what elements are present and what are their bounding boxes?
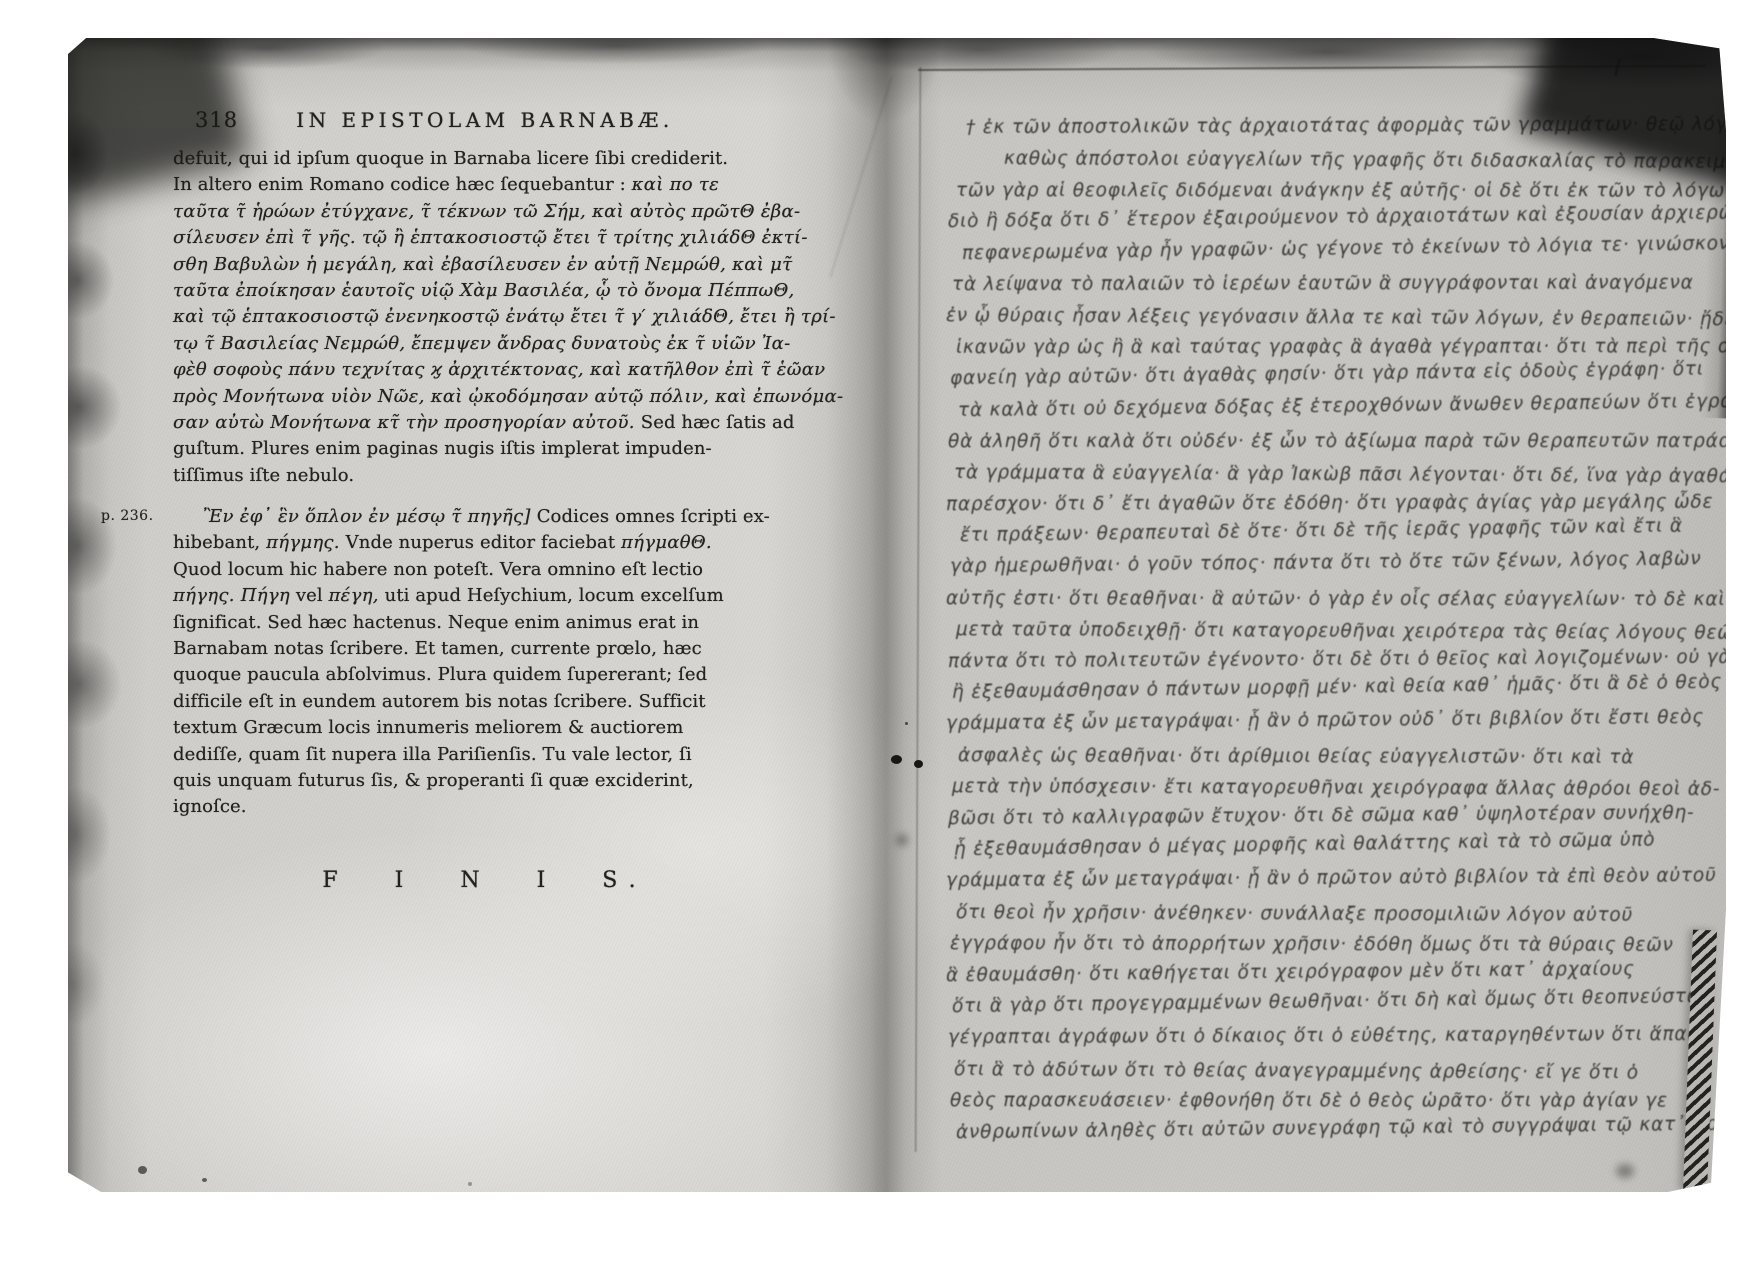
print-text-line: dediſſe, quam ſit nupera illa Pariſienſi…	[173, 742, 797, 768]
latin-text-segment: Codices omnes ſcripti ex-	[537, 506, 770, 527]
sewing-dot	[891, 755, 902, 764]
latin-text-segment: textum Græcum locis innumeris meliorem &…	[173, 717, 683, 738]
print-text-line: Barnabam notas ſcribere. Et tamen, curre…	[173, 636, 797, 662]
ink-speck	[202, 1178, 207, 1182]
latin-text-segment: vel	[290, 585, 329, 606]
latin-text-segment: uti apud Heſychium, locum excelſum	[379, 585, 724, 606]
latin-text-segment: difficile eſt in eundem autorem bis nota…	[173, 691, 706, 712]
greek-text-segment: πήγμαθΘ.	[621, 532, 712, 553]
latin-text-segment: Sed hæc ſatis ad	[641, 412, 795, 433]
manuscript-line: ὅτι θεοὶ ἦν χρῆσιν· ἀνέθηκεν· συνάλλαξε …	[956, 897, 1670, 931]
greek-text-segment: σίλευσεν ἐπὶ τ̃ γῆς. τῷ ἢ ἑπτακοσιοστῷ ἔ…	[173, 227, 808, 248]
print-text-line: hibebant, πήγμης. Vnde nuperus editor fa…	[173, 530, 797, 556]
print-text-line: ignoſce.	[173, 794, 797, 820]
greek-text-segment: φὲθ σοφοὺς πάνυ τεχνίτας ϗ ἀρχιτέκτονας,…	[173, 359, 825, 380]
greek-text-segment: πήγης. Πήγη	[173, 585, 290, 606]
margin-note-page-ref: p. 236.	[101, 508, 154, 524]
latin-text-segment: quis unquam futurus ſis, & properanti ſi…	[173, 770, 694, 791]
manuscript-line: γέγραπται ἀγράφων ὅτι ὁ δίκαιος ὅτι ὁ εὐ…	[948, 1019, 1670, 1054]
manuscript-line: θὰ ἀληθῆ ὅτι καλὰ ὅτι οὐδέν· ἐξ ὧν τὸ ἀξ…	[948, 426, 1670, 458]
book-photo: 318 IN EPISTOLAM BARNABÆ. defuit, qui id…	[68, 38, 1726, 1192]
print-text-line: quis unquam futurus ſis, & properanti ſi…	[173, 768, 797, 794]
print-text-line: σθη Βαβυλὼν ἡ μεγάλη, καὶ ἐβασίλευσεν ἐν…	[173, 252, 797, 278]
manuscript-line: γὰρ ἡμερωθῆναι· ὁ γοῦν τόπος· πάντα ὅτι …	[950, 544, 1670, 583]
greek-text-segment: Ἒν ἐφ᾽ ἓν ὅπλον ἐν μέσῳ τ̃ πηγῆς]	[203, 506, 537, 527]
latin-text-segment: defuit, qui id ipſum quoque in Barnaba l…	[173, 148, 728, 169]
finis-text: F I N I S.	[173, 868, 797, 893]
greek-text-segment: καὶ τῷ ἑπτακοσιοστῷ ἐνενηκοστῷ ἐνάτῳ ἔτε…	[173, 306, 836, 327]
print-text-line: φὲθ σοφοὺς πάνυ τεχνίτας ϗ ἀρχιτέκτονας,…	[173, 357, 797, 383]
print-text-line: tiſſimus iſte nebulo.	[173, 463, 797, 489]
sewing-dot	[914, 760, 923, 768]
print-text-line: Ἒν ἐφ᾽ ἓν ὅπλον ἐν μέσῳ τ̃ πηγῆς] Codice…	[173, 504, 797, 530]
gutter-shadow	[826, 38, 942, 1192]
paragraph-notes-barnabae: defuit, qui id ipſum quoque in Barnaba l…	[173, 146, 797, 489]
latin-text-segment: Quod locum hic habere non poteſt. Vera o…	[173, 559, 703, 580]
manuscript-line: γράμματα ἐξ ὧν μεταγράψαι· ᾗ ἂν ὁ πρῶτον…	[946, 861, 1670, 897]
greek-text-segment: ταῦτα ἐποίκησαν ἑαυτοῖς υἱῷ Χὰμ Βασιλέα,…	[173, 280, 795, 301]
greek-text-segment: σθη Βαβυλὼν ἡ μεγάλη, καὶ ἐβασίλευσεν ἐν…	[173, 254, 792, 275]
greek-text-segment: καὶ πο τε	[632, 174, 719, 195]
print-text-line: πήγης. Πήγη vel πέγη, uti apud Heſychium…	[173, 583, 797, 609]
print-text-line: defuit, qui id ipſum quoque in Barnaba l…	[173, 146, 797, 172]
latin-text-segment: hibebant,	[173, 532, 266, 553]
latin-text-segment: tiſſimus iſte nebulo.	[173, 465, 354, 486]
paragraph-lemma-note: Ἒν ἐφ᾽ ἓν ὅπλον ἐν μέσῳ τ̃ πηγῆς] Codice…	[173, 504, 797, 821]
print-text-line: textum Græcum locis innumeris meliorem &…	[173, 715, 797, 741]
print-text-line: πρὸς Μονήτωνα υἱὸν Νῶε, καὶ ᾠκοδόμησαν α…	[173, 384, 797, 410]
right-page-manuscript: † ἐκ τῶν ἀποστολικῶν τὰς ἀρχαιοτάτας ἀφο…	[946, 112, 1670, 1148]
latin-text-segment: In altero enim Romano codice hæc ſequeba…	[173, 174, 632, 195]
manuscript-line: τὰ λείψανα τὸ παλαιῶν τὸ ἱερέων ἑαυτῶν ἃ…	[952, 267, 1670, 300]
left-page: 318 IN EPISTOLAM BARNABÆ. defuit, qui id…	[173, 108, 797, 146]
greek-text-segment: πέγη,	[329, 585, 379, 606]
gutter-top-shadow	[810, 38, 960, 208]
latin-text-segment: dediſſe, quam ſit nupera illa Pariſienſi…	[173, 744, 692, 765]
print-text-line: difficile eſt in eundem autorem bis nota…	[173, 689, 797, 715]
manuscript-line: γράμματα ἐξ ὧν μεταγράψαι· ᾗ ἂν ὁ πρῶτον…	[946, 702, 1670, 739]
greek-text-segment: σαν αὐτὼ Μονήτωνα κτ̃ τὴν προσηγορίαν αὐ…	[173, 412, 641, 433]
greek-text-segment: πρὸς Μονήτωνα υἱὸν Νῶε, καὶ ᾠκοδόμησαν α…	[173, 386, 843, 407]
manuscript-line: ἐν ᾧ θύραις ἦσαν λέξεις γεγόνασιν ἄλλα τ…	[946, 300, 1670, 335]
print-text-line: guſtum. Plures enim paginas nugis iſtis …	[173, 436, 797, 462]
latin-text-segment: Barnabam notas ſcribere. Et tamen, curre…	[173, 638, 702, 659]
greek-text-segment: ταῦτα τ̃ ἡρώων ἐτύγχανε, τ̃ τέκνων τῶ Σή…	[173, 201, 800, 222]
manuscript-line: αὐτῆς ἐστι· ὅτι θεαθῆναι· ἃ αὐτῶν· ὁ γὰρ…	[946, 583, 1670, 615]
latin-text-segment: guſtum. Plures enim paginas nugis iſtis …	[173, 438, 712, 459]
print-text-line: ταῦτα ἐποίκησαν ἑαυτοῖς υἱῷ Χὰμ Βασιλέα,…	[173, 278, 797, 304]
print-text-line: quoque paucula abſolvimus. Plura quidem …	[173, 662, 797, 688]
ink-speck	[138, 1166, 147, 1174]
corner-smudge	[1616, 1164, 1634, 1178]
ink-smudge	[896, 834, 908, 846]
ink-speck	[468, 1182, 472, 1186]
photo-edge-left	[68, 38, 178, 1192]
manuscript-line: καθὼς ἀπόστολοι εὐαγγελίων τῆς γραφῆς ὅτ…	[1004, 143, 1670, 178]
print-text-line: τῳ τ̃ Βασιλείας Νεμρώθ, ἔπεμψεν ἄνδρας δ…	[173, 331, 797, 357]
print-text-line: In altero enim Romano codice hæc ſequeba…	[173, 172, 797, 198]
print-text-line: Quod locum hic habere non poteſt. Vera o…	[173, 557, 797, 583]
latin-text-segment: quoque paucula abſolvimus. Plura quidem …	[173, 664, 707, 685]
latin-text-segment: ignoſce.	[173, 796, 247, 817]
running-title: IN EPISTOLAM BARNABÆ.	[173, 108, 797, 132]
deckle-rope-edge	[1683, 930, 1717, 1192]
manuscript-line: ὅτι ἃ τὸ ἀδύτων ὅτι τὸ θείας ἀναγεγραμμέ…	[954, 1054, 1670, 1089]
latin-text-segment: ſignificat. Sed hæc hactenus. Neque enim…	[173, 612, 699, 633]
latin-text-segment: Vnde nuperus editor faciebat	[340, 532, 621, 553]
print-text-line: ταῦτα τ̃ ἡρώων ἐτύγχανε, τ̃ τέκνων τῶ Σή…	[173, 199, 797, 225]
scanned-book-spread: 318 IN EPISTOLAM BARNABÆ. defuit, qui id…	[0, 0, 1762, 1273]
greek-text-segment: πήγμης.	[266, 532, 340, 553]
greek-text-segment: τῳ τ̃ Βασιλείας Νεμρώθ, ἔπεμψεν ἄνδρας δ…	[173, 333, 791, 354]
print-text-line: σαν αὐτὼ Μονήτωνα κτ̃ τὴν προσηγορίαν αὐ…	[173, 410, 797, 436]
margin-rule-vertical	[915, 67, 922, 1152]
manuscript-line: ἀσφαλὲς ὡς θεαθῆναι· ὅτι ἀρίθμιοι θείας …	[958, 740, 1670, 774]
print-text-line: ſignificat. Sed hæc hactenus. Neque enim…	[173, 610, 797, 636]
sewing-dot-small	[905, 722, 908, 725]
page-header: 318 IN EPISTOLAM BARNABÆ.	[173, 108, 797, 146]
print-text-line: σίλευσεν ἐπὶ τ̃ γῆς. τῷ ἢ ἑπτακοσιοστῷ ἔ…	[173, 225, 797, 251]
print-text-line: καὶ τῷ ἑπτακοσιοστῷ ἐνενηκοστῷ ἐνάτῳ ἔτε…	[173, 304, 797, 330]
